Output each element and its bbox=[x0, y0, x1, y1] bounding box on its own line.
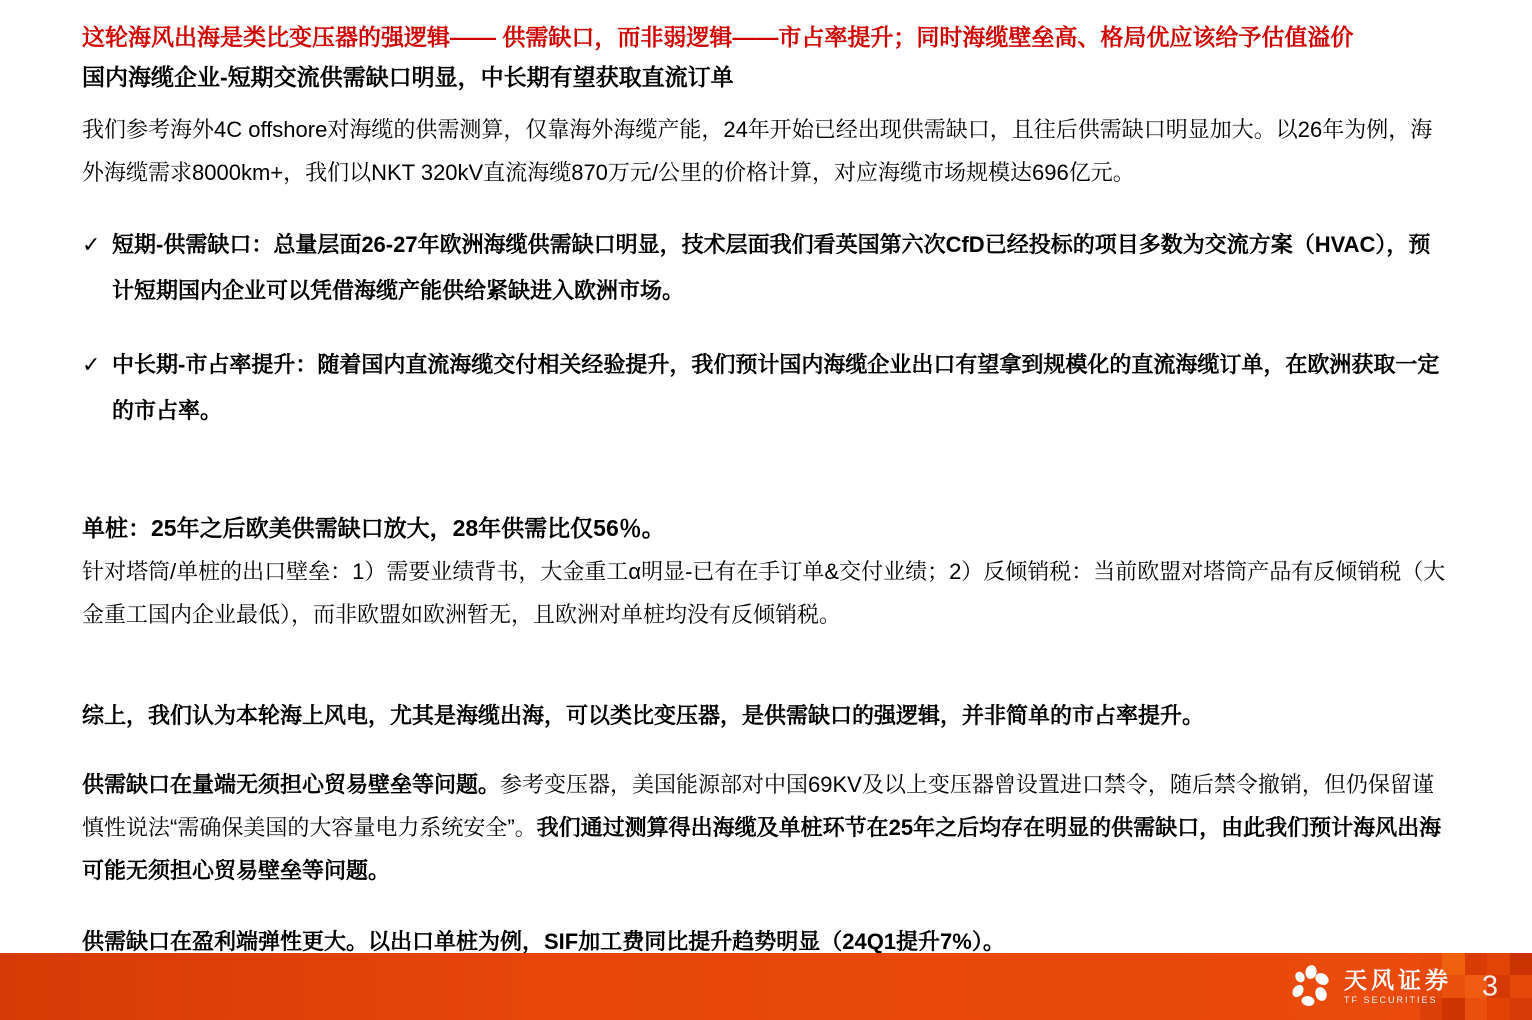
slide-headline: 这轮海风出海是类比变压器的强逻辑—— 供需缺口，而非弱逻辑——市占率提升；同时海… bbox=[82, 20, 1450, 54]
bullet-text: 中长期-市占率提升：随着国内直流海缆交付相关经验提升，我们预计国内海缆企业出口有… bbox=[112, 342, 1450, 434]
brand-name-en: TF SECURITIES bbox=[1344, 995, 1452, 1005]
bullet-text: 短期-供需缺口：总量层面26-27年欧洲海缆供需缺口明显，技术层面我们看英国第六… bbox=[112, 222, 1450, 314]
monopile-paragraph: 针对塔筒/单桩的出口壁垒：1）需要业绩背书，大金重工α明显-已有在手订单&交付业… bbox=[82, 550, 1450, 636]
paragraph-supply-demand: 我们参考海外4C offshore对海缆的供需测算，仅靠海外海缆产能，24年开始… bbox=[82, 108, 1450, 194]
trade-bold-lead: 供需缺口在量端无须担心贸易壁垒等问题。 bbox=[82, 772, 500, 797]
tf-securities-logo: 天风证券 TF SECURITIES bbox=[1288, 964, 1452, 1010]
tf-flower-icon bbox=[1288, 964, 1334, 1010]
slide-subtitle: 国内海缆企业-短期交流供需缺口明显，中长期有望获取直流订单 bbox=[82, 60, 1450, 94]
brand-name-cn: 天风证券 bbox=[1344, 968, 1452, 992]
monopile-section: 单桩：25年之后欧美供需缺口放大，28年供需比仅56％。 针对塔筒/单桩的出口壁… bbox=[82, 506, 1450, 636]
checkmark-icon: ✓ bbox=[82, 222, 112, 314]
trade-barrier-paragraph: 供需缺口在量端无须担心贸易壁垒等问题。参考变压器，美国能源部对中国69KV及以上… bbox=[82, 763, 1450, 892]
bullet-short-term: ✓ 短期-供需缺口：总量层面26-27年欧洲海缆供需缺口明显，技术层面我们看英国… bbox=[82, 222, 1450, 314]
slide-content: 这轮海风出海是类比变压器的强逻辑—— 供需缺口，而非弱逻辑——市占率提升；同时海… bbox=[0, 0, 1532, 963]
footer-bar: 天风证券 TF SECURITIES 3 bbox=[0, 953, 1532, 1020]
page-number: 3 bbox=[1482, 970, 1498, 1003]
checkmark-icon: ✓ bbox=[82, 342, 112, 434]
summary-paragraph: 综上，我们认为本轮海上风电，尤其是海缆出海，可以类比变压器，是供需缺口的强逻辑，… bbox=[82, 694, 1450, 737]
bullet-mid-long-term: ✓ 中长期-市占率提升：随着国内直流海缆交付相关经验提升，我们预计国内海缆企业出… bbox=[82, 342, 1450, 434]
monopile-heading: 单桩：25年之后欧美供需缺口放大，28年供需比仅56％。 bbox=[82, 506, 1450, 550]
brand-text: 天风证券 TF SECURITIES bbox=[1344, 968, 1452, 1005]
